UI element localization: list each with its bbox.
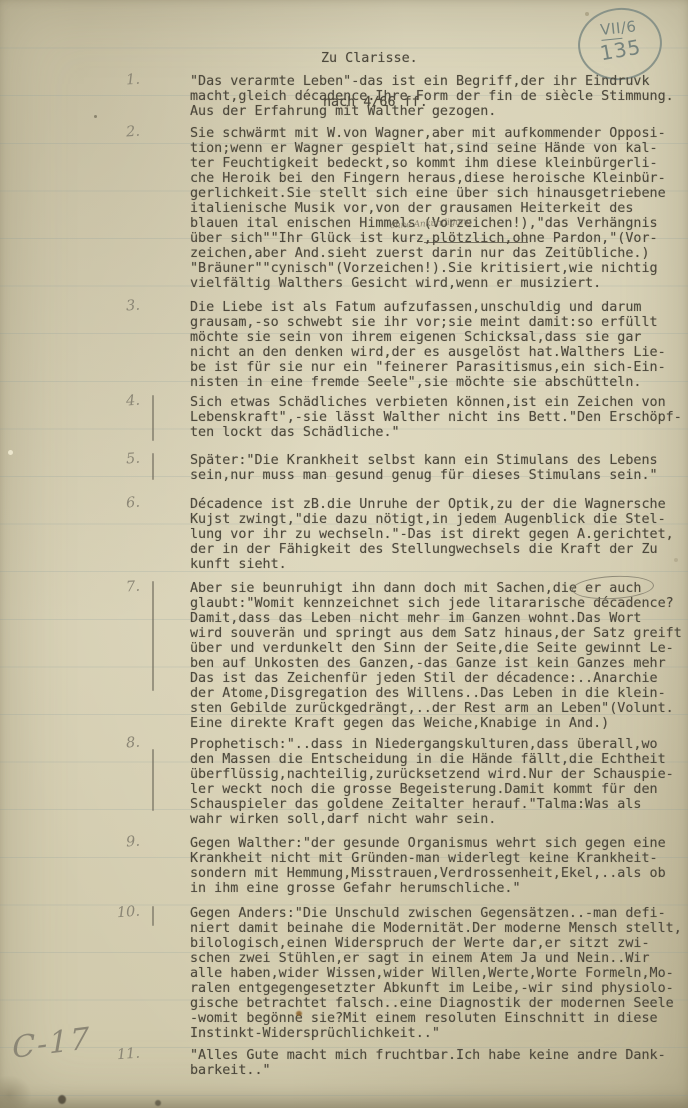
paragraph-number: 10. (99, 904, 140, 923)
paragraph-number: 2. (99, 124, 140, 143)
typed-line: lung vor ihr zu wechseln."-Das ist direk… (190, 527, 674, 542)
typed-line: sein,nur muss man gesund genug für diese… (190, 468, 658, 483)
paragraph-text: Gegen Anders:"Die Unschuld zwischen Gege… (190, 906, 682, 1041)
paragraph-number: 6. (99, 495, 140, 514)
typed-line: "Alles Gute macht mich fruchtbar.Ich hab… (190, 1048, 666, 1063)
paragraph-number: 4. (99, 393, 140, 412)
corner-mark: C-17 (12, 1021, 91, 1066)
typed-line: der Atome,Disgregation des Willens..Das … (190, 686, 682, 701)
paper-speck (94, 115, 97, 118)
paragraph-text: Die Liebe ist als Fatum aufzufassen,unsc… (190, 300, 666, 390)
typed-line: in ihm eine grosse Gefahr herumschliche.… (190, 881, 666, 896)
paper-speck (8, 450, 13, 455)
typed-line: ler weckt noch die grosse Begeisterung.D… (190, 782, 674, 797)
paragraph-text: Prophetisch:"..dass in Niedergangskultur… (190, 737, 674, 827)
paragraph-text: Décadence ist zB.die Unruhe der Optik,zu… (190, 497, 674, 572)
typed-line: Gegen Anders:"Die Unschuld zwischen Gege… (190, 906, 682, 921)
paragraph-text: Sich etwas Schädliches verbieten können,… (190, 395, 682, 440)
typed-line: tion;wenn er Wagner gespielt hat,sind se… (190, 141, 666, 156)
paper-speck (585, 12, 589, 16)
typed-line: nisten in eine fremde Seele",sie möchte … (190, 375, 666, 390)
margin-bar-annotation (152, 749, 154, 811)
typed-line: Aus der Erfahrung mit Walther gezogen. (190, 104, 674, 119)
document-page: Zu Clarisse. nach 4/66 ff. VII/6 135 1."… (0, 0, 688, 1108)
typed-line: Später:"Die Krankheit selbst kann ein St… (190, 453, 658, 468)
typed-line: über und verdunkelt den Sinn der Seite,d… (190, 641, 682, 656)
typed-line: schen zwei Stühlen,er sagt in einem Atem… (190, 951, 682, 966)
typed-line: bilologisch,einen Widerspruch der Werte … (190, 936, 682, 951)
typed-line: Sie schwärmt mit W.von Wagner,aber mit a… (190, 126, 666, 141)
typed-line: macht,gleich décadence.Ihre Form der fin… (190, 89, 674, 104)
typed-line: grausam,-so schwebt sie ihr vor;sie mein… (190, 315, 666, 330)
typed-line: Das ist das Zeichenfür jeden Stil der dé… (190, 671, 682, 686)
typed-line: der in der Fähigkeit des Stellungwechsel… (190, 542, 674, 557)
typed-line: Die Liebe ist als Fatum aufzufassen,unsc… (190, 300, 666, 315)
margin-bar-annotation (152, 395, 154, 441)
paragraph-number: 11. (99, 1046, 140, 1065)
typed-line: gerlichkeit.Sie stellt sich eine über si… (190, 186, 666, 201)
margin-bar-annotation (152, 906, 154, 926)
typed-line: Schauspieler das goldene Zeitalter herau… (190, 797, 674, 812)
paper-stain (0, 1075, 32, 1108)
typed-line: den Massen die Entscheidung in die Hände… (190, 752, 674, 767)
typed-line: barkeit.." (190, 1063, 666, 1078)
typed-line: niert damit beinahe die Modernität.Der m… (190, 921, 682, 936)
paragraph-text: "Alles Gute macht mich fruchtbar.Ich hab… (190, 1048, 666, 1078)
typed-line: wird souverän und springt aus dem Satz h… (190, 626, 682, 641)
typed-line: über sich""Ihr Glück ist kurz,plötzlich,… (190, 231, 666, 246)
typed-line: möchte sie sein von ihrem eigenen Schick… (190, 330, 666, 345)
typed-line: "Das verarmte Leben"-das ist ein Begriff… (190, 74, 674, 89)
typed-line: "Bräuner""cynisch"(Vorzeichen!).Sie krit… (190, 261, 666, 276)
typed-line: Sich etwas Schädliches verbieten können,… (190, 395, 682, 410)
typed-line: Damit,dass das Leben nicht mehr im Ganze… (190, 611, 682, 626)
paragraph-number: 3. (99, 298, 140, 317)
typed-line: ralen entgegengesetzter Abkunft im Leibe… (190, 981, 682, 996)
margin-bar-annotation (152, 581, 154, 691)
title-line-1: Zu Clarisse. (321, 52, 428, 67)
typed-line: gische betrachtet falsch..eine Diagnosti… (190, 996, 682, 1011)
typed-line: Gegen Walther:"der gesunde Organismus we… (190, 836, 666, 851)
paragraph-number: 1. (99, 72, 140, 91)
typed-line: ben auf Unkosten des Ganzen,-das Ganze i… (190, 656, 682, 671)
typed-line: sten Gebilde zurückgedrängt,..der Rest a… (190, 701, 682, 716)
typed-line: italienische Musik vor,von der grausamen… (190, 201, 666, 216)
paragraph-text: Gegen Walther:"der gesunde Organismus we… (190, 836, 666, 896)
paragraph-number: 5. (99, 451, 140, 470)
typed-line: wahr wirken soll,darf nicht wahr sein. (190, 812, 674, 827)
typed-line: kunft sieht. (190, 557, 674, 572)
paper-speck (674, 558, 678, 562)
typed-line: Prophetisch:"..dass in Niedergangskultur… (190, 737, 674, 752)
underline-annotation (424, 242, 528, 243)
typed-line: Kujst zwingt,"die dazu nötigt,in jedem A… (190, 512, 674, 527)
typed-line: be ist für sie nur ein "feinerer Parasit… (190, 360, 666, 375)
paragraph-number: 8. (99, 735, 140, 754)
margin-bar-annotation (152, 453, 154, 480)
typed-line: -womit begönne sie?Mit einem resoluten E… (190, 1011, 682, 1026)
paragraph-text: Später:"Die Krankheit selbst kann ein St… (190, 453, 658, 483)
paragraph-text: "Das verarmte Leben"-das ist ein Begriff… (190, 74, 674, 119)
typed-line: ter Feuchtigkeit bedeckt,so kommt ihm di… (190, 156, 666, 171)
typed-line: Eine direkte Kraft gegen das Weiche,Knab… (190, 716, 682, 731)
typed-line: che Heroik bei den Fingern heraus,diese … (190, 171, 666, 186)
typed-line: alle haben,wider Wissen,wider Willen,Wer… (190, 966, 682, 981)
paper-speck (155, 1100, 161, 1106)
paragraph-number: 7. (99, 579, 140, 598)
typed-line: vielfältig Walthers Gesicht wird,wenn er… (190, 276, 666, 291)
archive-stamp: VII/6 135 (574, 4, 665, 84)
typed-line: zeichen,aber And.sieht zuerst darin nur … (190, 246, 666, 261)
typed-line: nicht an den denken wird,der es ausgelös… (190, 345, 666, 360)
typed-line: überflüssig,nachteilig,zurücksetzend wir… (190, 767, 674, 782)
paragraph-text: Aber sie beunruhigt ihn dann doch mit Sa… (190, 581, 682, 731)
typed-line: Krankheit nicht mit Gründen-man widerleg… (190, 851, 666, 866)
paragraph-text: Sie schwärmt mit W.von Wagner,aber mit a… (190, 126, 666, 291)
typed-line: Lebenskraft",-sie lässt Walther nicht in… (190, 410, 682, 425)
typed-line: Instinkt-Widersprüchlichkeit.." (190, 1026, 682, 1041)
paper-speck (58, 1095, 66, 1104)
paragraph-number: 9. (99, 834, 140, 853)
typed-line: Décadence ist zB.die Unruhe der Optik,zu… (190, 497, 674, 512)
typed-line: ten lockt das Schädliche." (190, 425, 682, 440)
typed-line: sondern mit Hemmung,Misstrauen,Verdrosse… (190, 866, 666, 881)
